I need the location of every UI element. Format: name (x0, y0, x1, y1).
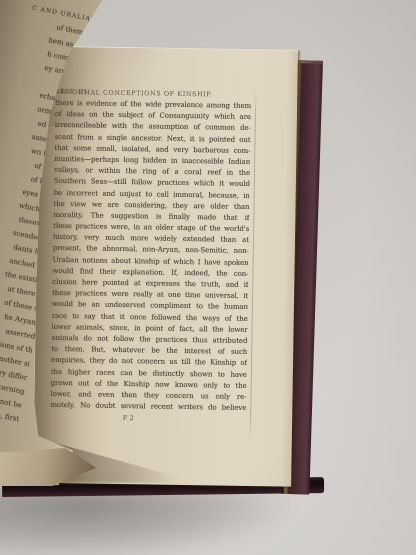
body-text: there is evidence of the wide prevalence… (50, 98, 251, 414)
book-photo: LECT. III. ABNORMAL CONCEPTIONS OF KINSH… (0, 0, 416, 555)
right-page: LECT. III. ABNORMAL CONCEPTIONS OF KINSH… (33, 46, 298, 487)
cover-edge-highlight (295, 60, 323, 64)
text-column: LECT. III. ABNORMAL CONCEPTIONS OF KINSH… (50, 87, 251, 425)
page-crease-line (250, 90, 257, 442)
book-shadow (0, 488, 290, 555)
